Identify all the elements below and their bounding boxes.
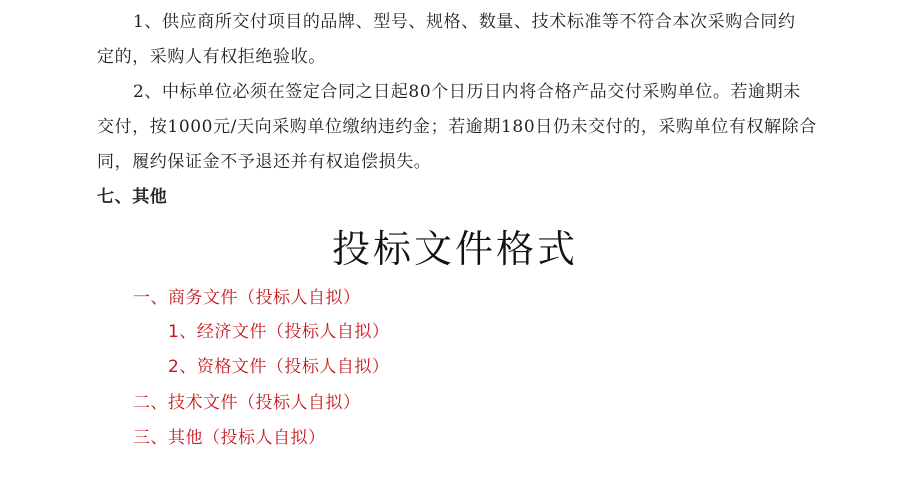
format-title: 投标文件格式 (0, 225, 900, 273)
clause-1-line-2: 定的，采购人有权拒绝验收。 (97, 47, 326, 67)
clause-2-line-2: 交付，按1000元/天向采购单位缴纳违约金；若逾期180日仍未交付的，采购单位有… (97, 117, 817, 137)
format-item-technical: 二、技术文件（投标人自拟） (133, 393, 361, 413)
section-heading-other: 七、其他 (97, 187, 167, 207)
format-item-business: 一、商务文件（投标人自拟） (133, 288, 361, 308)
clause-1-line-1: 1、供应商所交付项目的品牌、型号、规格、数量、技术标准等不符合本次采购合同约 (133, 12, 796, 32)
format-item-other: 三、其他（投标人自拟） (133, 428, 326, 448)
format-item-qualification: 2、资格文件（投标人自拟） (168, 357, 389, 377)
clause-2-line-3: 同，履约保证金不予退还并有权追偿损失。 (97, 152, 431, 172)
format-item-economic: 1、经济文件（投标人自拟） (168, 322, 389, 342)
clause-2-line-1: 2、中标单位必须在签定合同之日起80个日历日内将合格产品交付采购单位。若逾期未 (133, 82, 801, 102)
